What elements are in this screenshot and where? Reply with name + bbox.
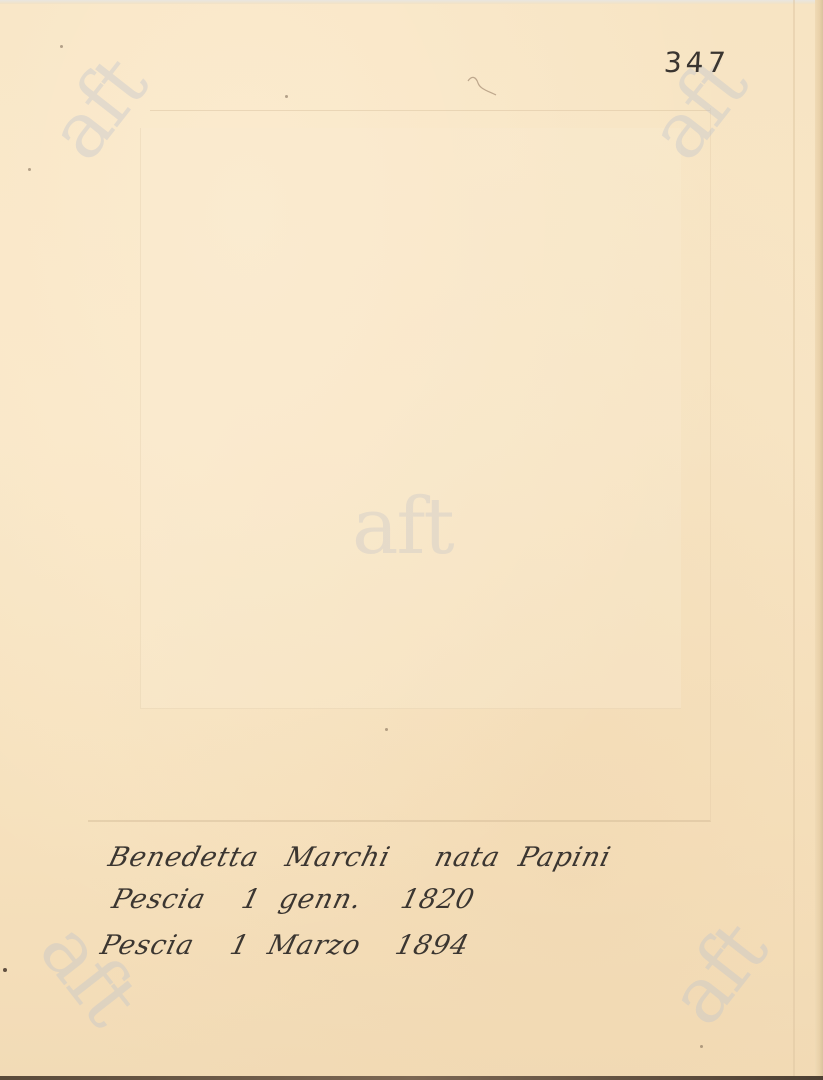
given-name: Benedetta: [105, 842, 262, 873]
birth-place: Pescia: [109, 884, 237, 915]
paper-speck: [385, 728, 388, 731]
watermark-bottom-right: aft: [657, 910, 780, 1037]
death-day: 1: [227, 930, 263, 961]
inscription-death-line: Pescia 1 Marzo 1894: [97, 930, 472, 961]
maiden-name: Papini: [516, 842, 615, 873]
death-year: 1894: [392, 930, 472, 961]
pencil-stroke-mark: [466, 75, 498, 97]
right-edge: [815, 0, 823, 1080]
surname: Marchi: [282, 842, 394, 873]
inscription-birth-line: Pescia 1 genn. 1820: [109, 884, 478, 915]
photo-area-impression: [140, 128, 681, 709]
inscription-name-line: Benedetta Marchi nata Papini: [105, 842, 614, 873]
birth-year: 1820: [398, 884, 478, 915]
watermark-center: aft: [352, 488, 453, 566]
death-month: Marzo: [265, 930, 391, 961]
bottom-edge: [0, 1076, 823, 1080]
birth-day: 1: [238, 884, 274, 915]
paper-speck: [60, 45, 63, 48]
paper-speck: [285, 95, 288, 98]
catalog-number: 347: [663, 46, 731, 79]
document-page: aft aft aft aft aft 347 Benedetta Marchi…: [0, 0, 823, 1080]
paper-speck: [3, 968, 7, 972]
top-edge: [0, 0, 823, 4]
paper-speck: [700, 1045, 703, 1048]
death-place: Pescia: [97, 930, 225, 961]
right-fold-line: [793, 0, 795, 1080]
nee-label: nata: [432, 842, 504, 873]
birth-month: genn.: [276, 884, 396, 915]
paper-speck: [28, 168, 31, 171]
